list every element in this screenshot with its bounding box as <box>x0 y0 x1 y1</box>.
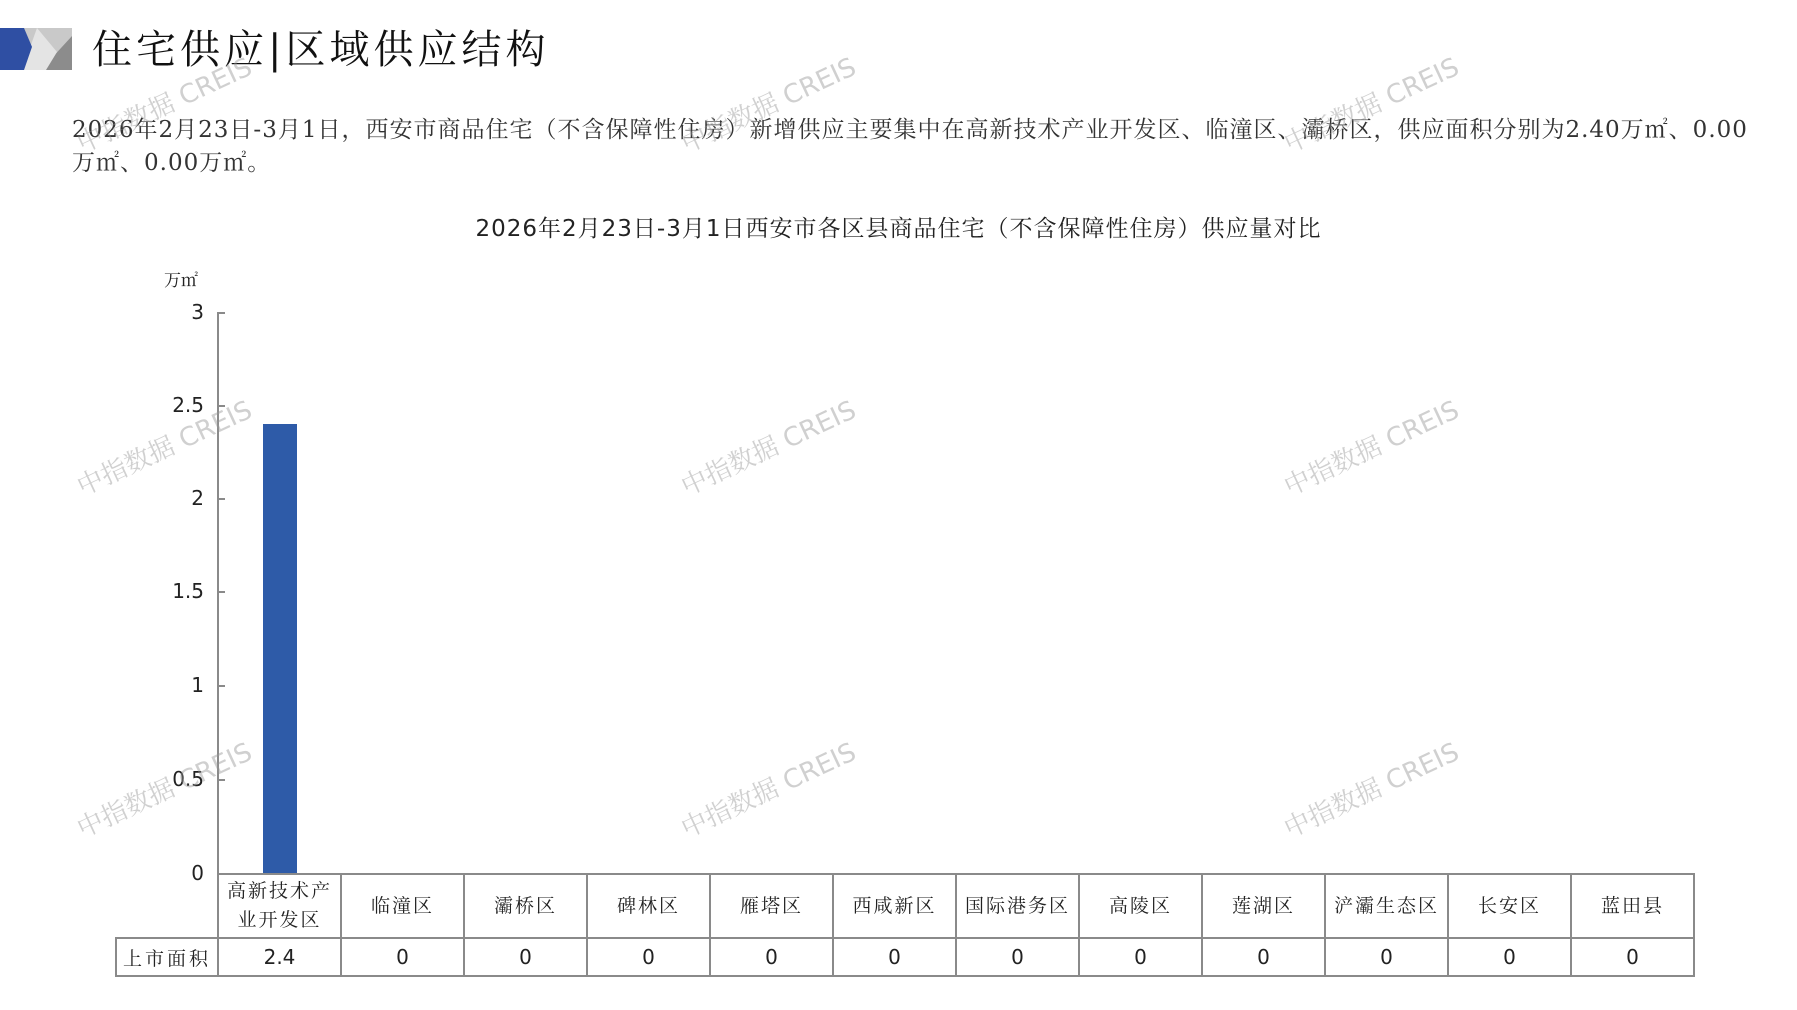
y-tick-mark <box>217 312 225 314</box>
brand-logo <box>0 28 72 70</box>
summary-paragraph: 2026年2月23日-3月1日，西安市商品住宅（不含保障性住房）新增供应主要集中… <box>72 114 1752 180</box>
watermark-text: 中指数据 CREIS <box>674 732 861 845</box>
value-row: 上市面积 2.4 0 0 0 0 0 0 0 0 0 0 0 <box>116 938 1694 976</box>
category-cell: 雁塔区 <box>710 874 833 938</box>
value-cell: 0 <box>833 938 956 976</box>
y-tick-mark <box>217 685 225 687</box>
category-cell: 国际港务区 <box>956 874 1079 938</box>
category-cell: 高新技术产业开发区 <box>218 874 341 938</box>
category-cell: 浐灞生态区 <box>1325 874 1448 938</box>
y-tick-mark <box>217 498 225 500</box>
category-cell: 临潼区 <box>341 874 464 938</box>
row-header: 上市面积 <box>116 938 218 976</box>
value-cell: 0 <box>956 938 1079 976</box>
value-cell: 0 <box>1202 938 1325 976</box>
category-cell: 西咸新区 <box>833 874 956 938</box>
category-cell: 莲湖区 <box>1202 874 1325 938</box>
value-cell: 0 <box>710 938 833 976</box>
bar <box>263 424 297 873</box>
category-cell: 灞桥区 <box>464 874 587 938</box>
y-tick-mark <box>217 591 225 593</box>
category-cell: 长安区 <box>1448 874 1571 938</box>
y-axis-line <box>217 312 219 874</box>
watermark-text: 中指数据 CREIS <box>70 732 257 845</box>
category-row: 高新技术产业开发区 临潼区 灞桥区 碑林区 雁塔区 西咸新区 国际港务区 高陵区… <box>116 874 1694 938</box>
value-cell: 0 <box>1448 938 1571 976</box>
table-corner <box>116 874 218 938</box>
category-cell: 高陵区 <box>1079 874 1202 938</box>
value-cell: 0 <box>587 938 710 976</box>
category-cell: 碑林区 <box>587 874 710 938</box>
y-tick-label: 2 <box>134 486 204 510</box>
watermark-text: 中指数据 CREIS <box>1277 390 1464 503</box>
value-cell: 0 <box>1571 938 1694 976</box>
chart-title: 2026年2月23日-3月1日西安市各区县商品住宅（不含保障性住房）供应量对比 <box>0 210 1797 243</box>
value-cell: 0 <box>341 938 464 976</box>
y-axis-unit: 万㎡ <box>164 266 198 291</box>
y-tick-label: 3 <box>134 300 204 324</box>
category-cell: 蓝田县 <box>1571 874 1694 938</box>
value-cell: 2.4 <box>218 938 341 976</box>
watermark-text: 中指数据 CREIS <box>1277 732 1464 845</box>
page-title: 住宅供应|区域供应结构 <box>92 22 549 78</box>
data-table: 高新技术产业开发区 临潼区 灞桥区 碑林区 雁塔区 西咸新区 国际港务区 高陵区… <box>115 873 1695 977</box>
value-cell: 0 <box>464 938 587 976</box>
value-cell: 0 <box>1325 938 1448 976</box>
y-tick-label: 1 <box>134 673 204 697</box>
watermark-text: 中指数据 CREIS <box>674 390 861 503</box>
y-tick-label: 1.5 <box>134 579 204 603</box>
value-cell: 0 <box>1079 938 1202 976</box>
